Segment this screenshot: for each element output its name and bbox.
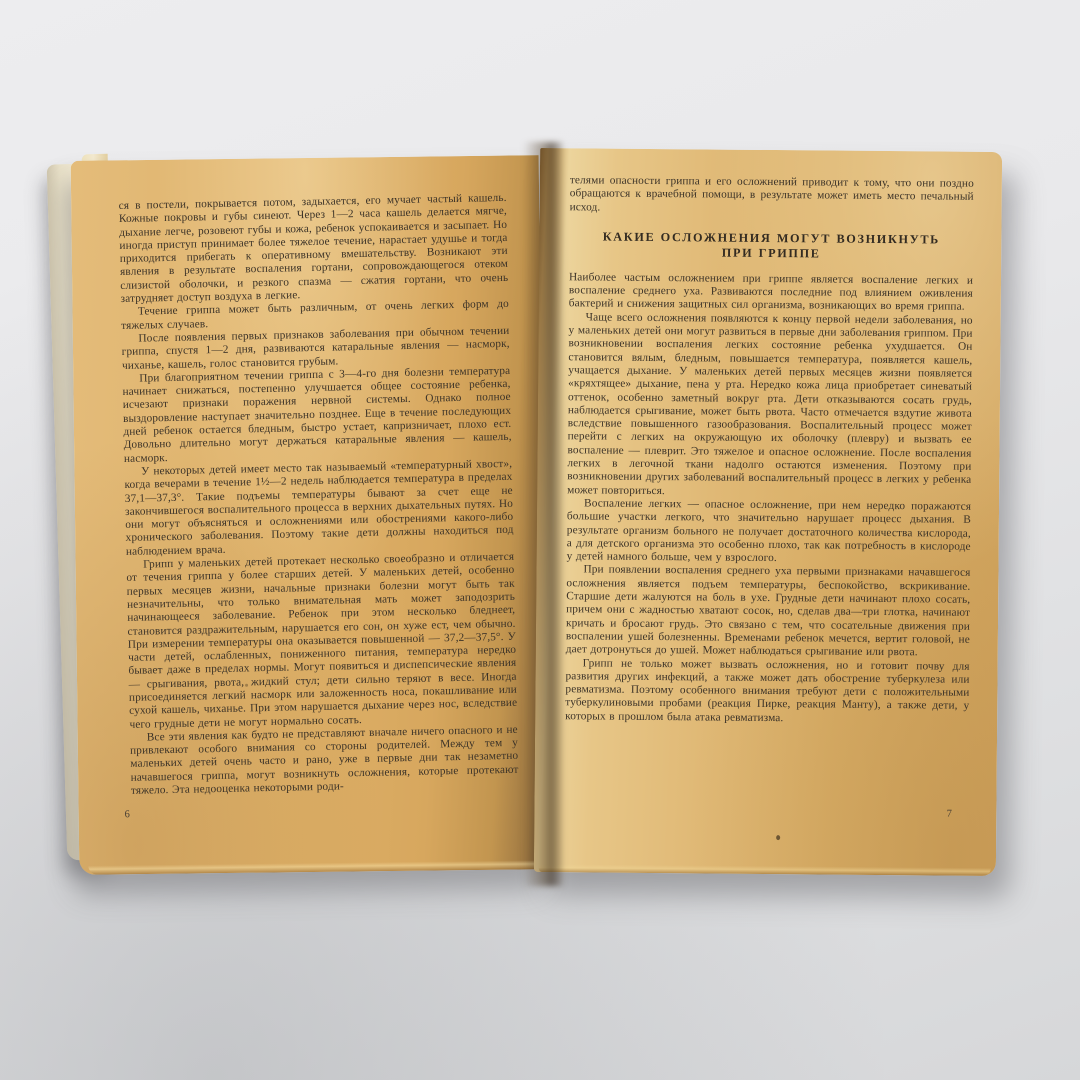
paragraph: Чаще всего осложнения появляются к концу… — [567, 311, 973, 501]
paragraph: Грипп не только может вызвать осложнения… — [565, 657, 970, 727]
right-page-text: телями опасности гриппа и его осложнений… — [565, 174, 974, 726]
paragraph: При появлении воспаления среднего уха пе… — [566, 564, 971, 661]
paragraph: При благоприятном течении гриппа с 3—4-г… — [122, 365, 512, 466]
paragraph: У некоторых детей имеет место так называ… — [124, 458, 514, 559]
photo-background: ся в постели, покрывается потом, задыхае… — [0, 0, 1080, 1080]
left-page: ся в постели, покрывается потом, задыхае… — [71, 155, 548, 875]
left-page-text: ся в постели, покрывается потом, задыхае… — [119, 192, 519, 798]
paragraph: Наиболее частым осложнением при гриппе я… — [569, 271, 973, 314]
open-book: ся в постели, покрывается потом, задыхае… — [55, 130, 1005, 890]
paragraph: ся в постели, покрывается потом, задыхае… — [119, 192, 509, 306]
chapter-heading-line-2: ПРИ ГРИППЕ — [575, 245, 967, 264]
paragraph: Грипп у маленьких детей протекает нескол… — [126, 551, 518, 732]
chapter-heading: КАКИЕ ОСЛОЖНЕНИЯ МОГУТ ВОЗНИКНУТЬ ПРИ ГР… — [575, 229, 967, 263]
paper-speck — [776, 835, 780, 840]
right-page: телями опасности гриппа и его осложнений… — [534, 148, 1002, 876]
page-number-left: 6 — [125, 809, 131, 820]
paragraph: Воспаление легких — опасное осложнение, … — [567, 497, 972, 567]
paragraph: телями опасности гриппа и его осложнений… — [570, 174, 974, 217]
paper-speck — [245, 684, 248, 687]
page-number-right: 7 — [947, 809, 953, 820]
paragraph: Все эти явления как будто не представляю… — [130, 724, 519, 799]
